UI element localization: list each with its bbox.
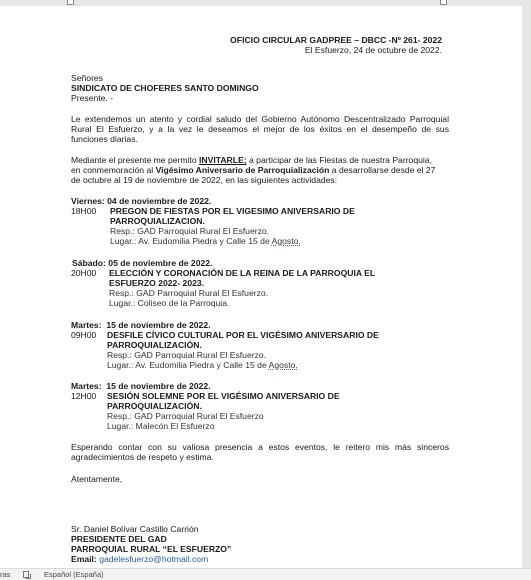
right-gutter (522, 6, 531, 568)
signature-name: Sr. Daniel Bolívar Castillo Carrión (71, 524, 199, 534)
reference-number: Nº 261- 2022 (392, 35, 442, 45)
invitation-emphasis: INVITARLE; (199, 155, 247, 165)
email-link[interactable]: gadelesfuerzo@hotmail.com (99, 554, 208, 564)
text: Lugar.: Av. Eudomilia Piedra y Calle 15 … (107, 360, 269, 370)
paragraph-2-line-3: de octubre al 19 de noviembre de 2022, e… (71, 175, 337, 185)
spelling-flag[interactable]: Agosto. (269, 360, 298, 370)
farewell: Atentamente, (71, 474, 122, 484)
event-2-date: Sábado: 05 de noviembre de 2022. (72, 258, 212, 268)
event-4-date: Martes: 15 de noviembre de 2022. (71, 381, 211, 391)
paragraph-2-line-2: en conmemoración al Vigésimo Aniversario… (71, 165, 435, 175)
event-3-resp: Resp.: GAD Parroquial Rural El Esfuerzo. (107, 350, 266, 360)
event-4-title-1: SESIÓN SOLEMNE POR EL VIGÉSIMO ANIVERSAR… (107, 391, 340, 401)
closing-line-1: Esperando contar con su valiosa presenci… (71, 442, 449, 452)
event-3-time: 09H00 (71, 330, 96, 340)
event-3-title-1: DESFILE CÍVICO CULTURAL POR EL VIGÉSIMO … (107, 330, 379, 340)
event-day: Viernes: (71, 196, 105, 206)
text: Lugar.: Malecón El Esfuerzo (107, 421, 214, 431)
event-2-title-2: ESFUERZO 2022- 2023. (109, 278, 204, 288)
event-4-resp: Resp.: GAD Parroquial Rural El Esfuerzo (107, 411, 264, 421)
paragraph-1-line-3: funciones diarias. (71, 134, 138, 144)
right-margin-marker[interactable] (440, 0, 447, 5)
status-bar: ras Español (España) (0, 568, 531, 580)
event-1-resp: Resp.: GAD Parroquial Rural El Esfuerzo. (110, 226, 269, 236)
event-3-title-2: PARROQUIALIZACIÓN. (107, 340, 202, 350)
text: en conmemoración al (71, 165, 156, 175)
signature-title-1: PRESIDENTE DEL GAD (71, 534, 167, 544)
document-page[interactable]: OFICIO CIRCULAR GADPREE – DBCC -Nº 261- … (0, 6, 522, 568)
event-date: 04 de noviembre de 2022. (107, 196, 211, 206)
signature-title-2: PARROQUIAL RURAL “EL ESFUERZO” (71, 544, 231, 554)
event-3-lugar: Lugar.: Av. Eudomilia Piedra y Calle 15 … (107, 360, 298, 370)
document-reference: OFICIO CIRCULAR GADPREE – DBCC -Nº 261- … (230, 35, 442, 45)
event-day: Martes: (71, 320, 102, 330)
event-3-date: Martes: 15 de noviembre de 2022. (71, 320, 211, 330)
event-date: 15 de noviembre de 2022. (106, 381, 210, 391)
paragraph-1-line-2: Rural El Esfuerzo, y a la vez le deseamo… (71, 124, 449, 134)
language-indicator[interactable]: Español (España) (44, 569, 104, 580)
place-date: El Esfuerzo, 24 de octubre de 2022. (305, 45, 442, 55)
text: Lugar.: Coliseo de la Parroquia. (109, 298, 229, 308)
event-day: Sábado: (72, 258, 106, 268)
text: Mediante el presente me permito (71, 155, 199, 165)
event-4-time: 12H00 (71, 391, 96, 401)
event-4-title-2: PARROQUIALIZACIÓN. (107, 401, 202, 411)
text: a participar de las Fiestas de nuestra P… (247, 155, 432, 165)
event-1-lugar: Lugar.: Av. Eudomilia Piedra y Calle 15 … (110, 236, 301, 246)
event-date: 05 de noviembre de 2022. (108, 258, 212, 268)
event-2-resp: Resp.: GAD Parroquial Rural El Esfuerzo. (109, 288, 268, 298)
event-1-title-1: PREGON DE FIESTAS POR EL VIGESIMO ANIVER… (110, 206, 355, 216)
event-1-date: Viernes: 04 de noviembre de 2022. (71, 196, 211, 206)
email-label: Email: (71, 554, 97, 564)
event-2-lugar: Lugar.: Coliseo de la Parroquia. (109, 298, 229, 308)
event-1-time: 18H00 (71, 206, 96, 216)
spelling-flag[interactable]: Agosto. (272, 236, 301, 246)
anniversary-emphasis: Vigésimo Aniversario de Parroquializació… (156, 165, 330, 175)
event-1-title-2: PARROQUIALIZACION. (110, 216, 205, 226)
left-margin-marker[interactable] (67, 0, 74, 5)
salutation: Señores (71, 73, 103, 83)
closing-line-2: agradecimientos de respeto y estima. (71, 452, 214, 462)
presente-line: Presente. - (71, 93, 113, 103)
event-day: Martes: (71, 381, 102, 391)
word-count[interactable]: ras (0, 569, 10, 580)
event-2-title-1: ELECCIÓN Y CORONACIÓN DE LA REINA DE LA … (109, 268, 375, 278)
text: Lugar.: Av. Eudomilia Piedra y Calle 15 … (110, 236, 272, 246)
recipient-name: SINDICATO DE CHOFERES SANTO DOMINGO (71, 83, 259, 93)
proofing-icon[interactable] (23, 571, 29, 578)
event-4-lugar: Lugar.: Malecón El Esfuerzo (107, 421, 214, 431)
paragraph-1-line-1: Le extendemos un atento y cordial saludo… (71, 114, 449, 124)
event-date: 15 de noviembre de 2022. (106, 320, 210, 330)
text: a desarrollarse desde el 27 (329, 165, 435, 175)
signature-email-line: Email: gadelesfuerzo@hotmail.com (71, 554, 208, 564)
reference-prefix: OFICIO CIRCULAR GADPREE – DBCC - (230, 35, 391, 45)
paragraph-2-line-1: Mediante el presente me permito INVITARL… (71, 155, 432, 165)
event-2-time: 20H00 (71, 268, 96, 278)
